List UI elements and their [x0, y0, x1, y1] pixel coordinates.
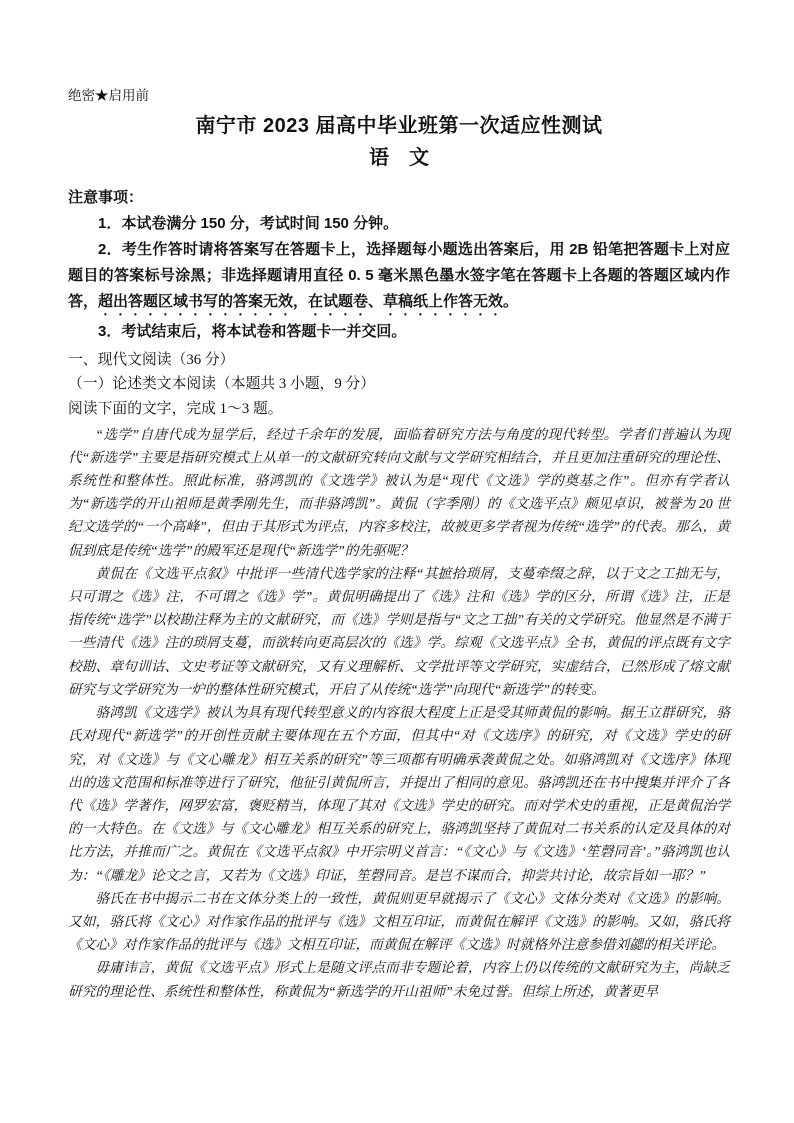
passage-paragraph: 毋庸讳言，黄侃《文选平点》形式上是随文评点而非专题论着，内容上仍以传统的文献研究…	[68, 956, 730, 1002]
notice-section: 注意事项： 1．本试卷满分 150 分，考试时间 150 分钟。 2．考生作答时…	[68, 185, 730, 345]
classification-label: 绝密★启用前	[68, 88, 730, 105]
notice-item-3: 3．考试结束后，将本试卷和答题卡一并交回。	[68, 319, 730, 345]
notice-heading: 注意事项：	[68, 185, 730, 211]
passage: “选学”自唐代成为显学后，经过千余年的发展，面临着研究方法与角度的现代转型。学者…	[68, 423, 730, 1003]
subject-title: 语 文	[68, 143, 730, 173]
notice-item-2-emphasized: 超出答题区域书写的答案无效，在试题卷、草稿纸上作答无效。	[98, 293, 518, 310]
document-page: 绝密★启用前 南宁市 2023 届高中毕业班第一次适应性测试 语 文 注意事项：…	[0, 0, 794, 1123]
passage-paragraph: 骆氏在书中揭示二书在文体分类上的一致性，黄侃则更早就揭示了《文心》文体分类对《文…	[68, 887, 730, 957]
reading-section-headings: 一、现代文阅读（36 分） （一）论述类文本阅读（本题共 3 小题，9 分） 阅…	[68, 348, 730, 422]
subsection-heading: （一）论述类文本阅读（本题共 3 小题，9 分）	[68, 372, 730, 397]
notice-item-1: 1．本试卷满分 150 分，考试时间 150 分钟。	[68, 211, 730, 237]
notice-item-2: 2．考生作答时请将答案写在答题卡上，选择题每小题选出答案后，用 2B 铅笔把答题…	[68, 237, 730, 319]
reading-instruction: 阅读下面的文字，完成 1～3 题。	[68, 397, 730, 422]
section-heading: 一、现代文阅读（36 分）	[68, 348, 730, 373]
passage-paragraph: 骆鸿凯《文选学》被认为具有现代转型意义的内容很大程度上正是受其师黄侃的影响。据王…	[68, 701, 730, 887]
exam-title: 南宁市 2023 届高中毕业班第一次适应性测试	[68, 111, 730, 141]
passage-paragraph: “选学”自唐代成为显学后，经过千余年的发展，面临着研究方法与角度的现代转型。学者…	[68, 423, 730, 562]
passage-paragraph: 黄侃在《文选平点叙》中批评一些清代选学家的注释“其摭拾琐屑，支蔓牵缀之辞，以于文…	[68, 562, 730, 701]
